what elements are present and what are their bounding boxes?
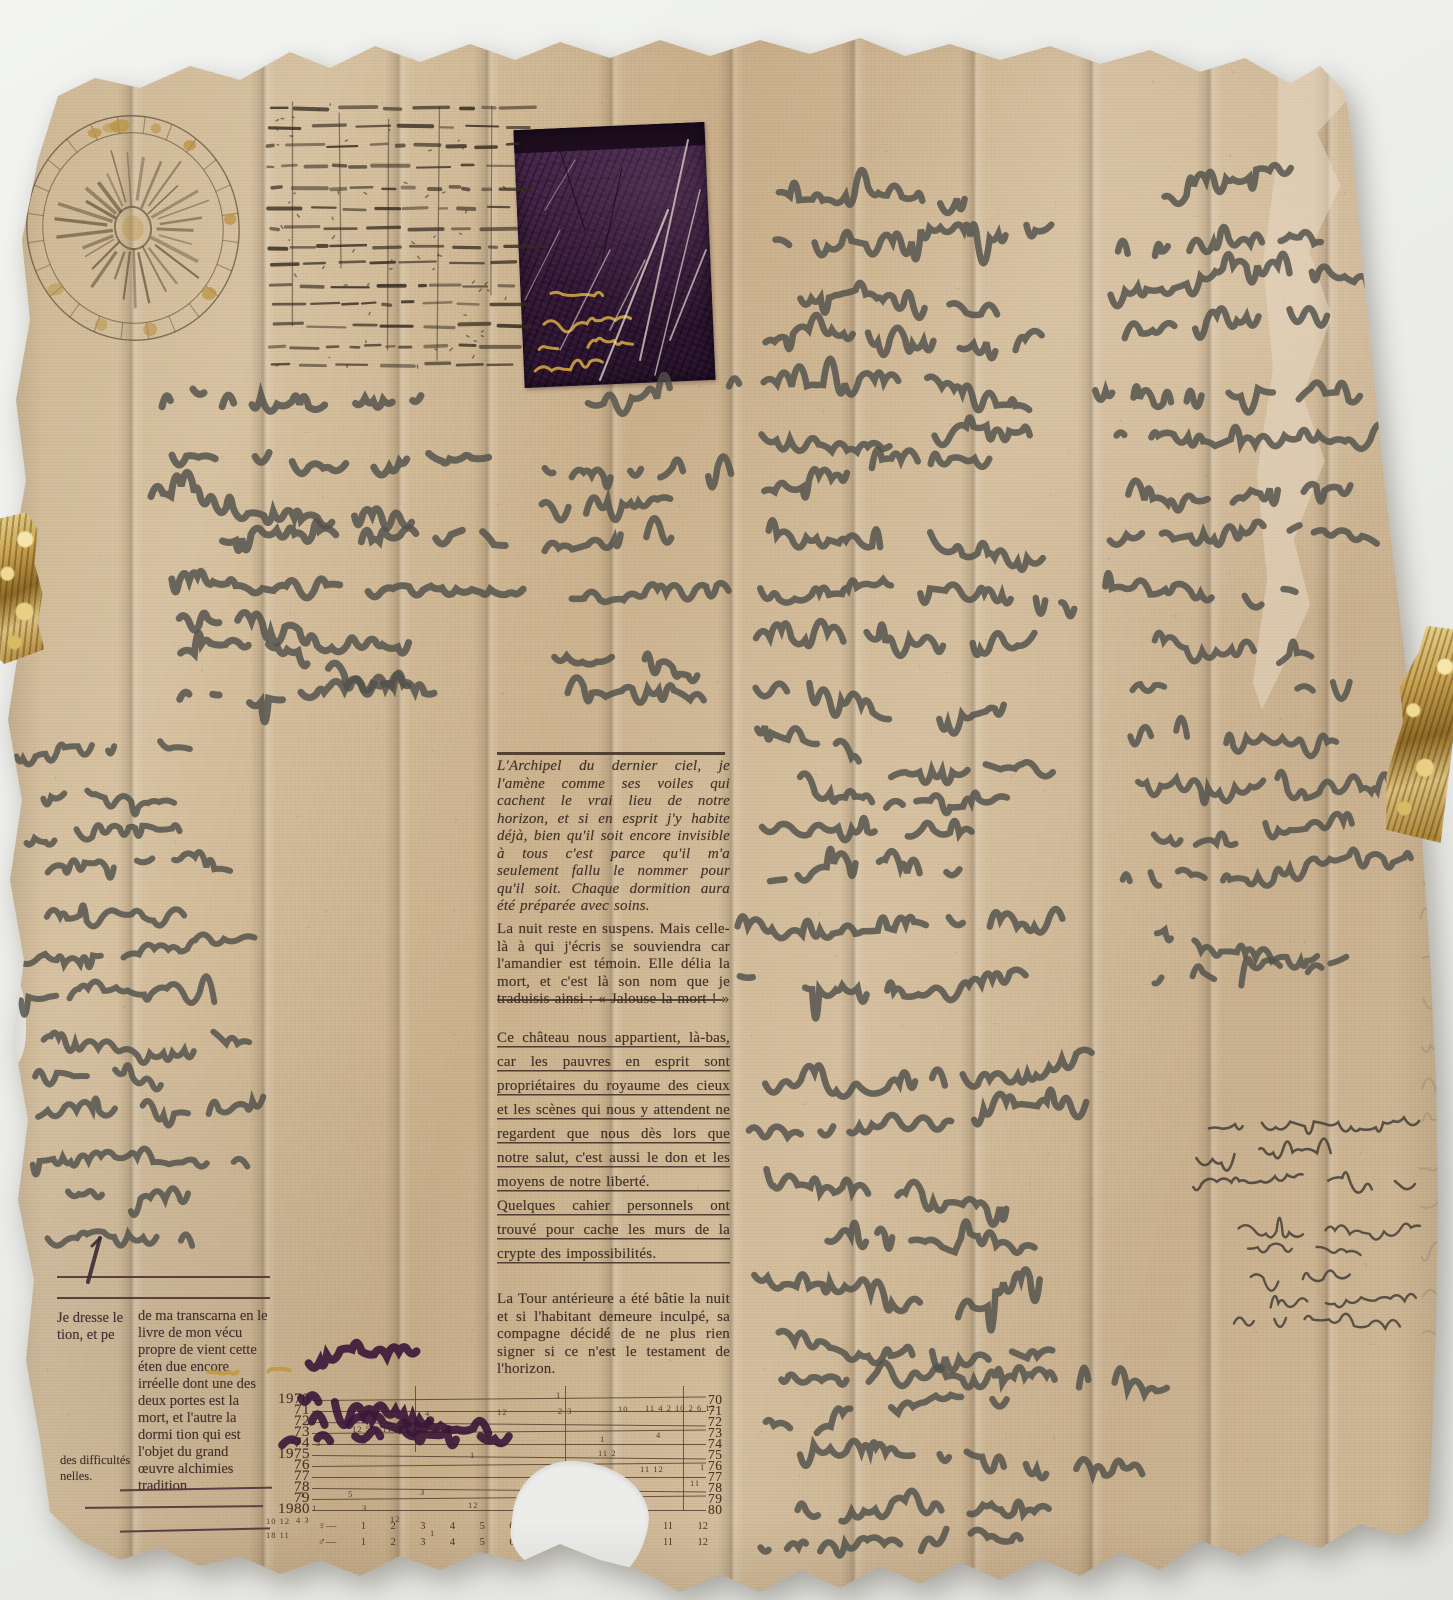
printed-calendar-grid — [412, 242, 415, 244]
printed-calendar-grid — [385, 109, 401, 110]
handwriting-mirrored — [33, 1149, 248, 1175]
legend-number: 2 — [391, 1537, 396, 1548]
fold-crease — [1078, 0, 1104, 1600]
scratch-mark — [92, 1238, 100, 1246]
printed-calendar-grid — [301, 286, 322, 287]
fold-crease — [385, 0, 411, 1600]
paper-speck — [502, 693, 503, 695]
corner-fragment-4: nelles. — [60, 1468, 136, 1485]
handwriting-margin-faint — [1421, 1203, 1437, 1208]
printed-calendar-grid — [482, 336, 484, 337]
printed-calendar-grid — [300, 365, 325, 366]
handwriting-mirrored — [729, 359, 1029, 410]
calendar-cell-mark: 18 11 — [266, 1530, 290, 1540]
handwriting-mirrored — [766, 315, 1042, 358]
handwriting-margin-faint — [1420, 159, 1448, 176]
handwriting-margin-faint — [1420, 1163, 1447, 1171]
calendar-cell-mark: 12 5 6 11 3 7 10 9 8 — [352, 1424, 440, 1434]
printed-calendar-grid — [353, 250, 354, 252]
printed-calendar-grid — [269, 128, 299, 129]
year-label-right: 80 — [708, 1502, 723, 1518]
handwriting-annotation — [1239, 1218, 1420, 1240]
legend-number: 11 — [663, 1537, 673, 1548]
printed-calendar-grid — [399, 126, 432, 127]
printed-calendar-grid — [342, 304, 357, 305]
torn-gap — [505, 1454, 655, 1592]
printed-calendar-grid — [505, 297, 506, 299]
year-grid-line — [312, 1477, 706, 1478]
paper-speck — [1280, 719, 1282, 720]
paper-speck — [221, 457, 223, 458]
handwriting-margin-faint — [1422, 218, 1450, 225]
purple-ink-scrawl — [309, 1343, 417, 1368]
printed-calendar-grid — [466, 211, 467, 213]
paper-speck — [296, 656, 298, 657]
paper-speck — [55, 777, 56, 779]
printed-calendar-grid — [287, 144, 324, 145]
printed-calendar-grid — [295, 274, 297, 277]
printed-calendar-grid — [404, 182, 407, 183]
printed-calendar-grid — [311, 303, 339, 304]
printed-calendar-grid — [458, 140, 459, 141]
printed-calendar-grid — [472, 281, 474, 283]
printed-calendar-grid — [433, 269, 434, 270]
paper-speck — [728, 482, 729, 483]
handwriting-annotation — [1234, 1314, 1400, 1329]
printed-calendar-grid — [414, 107, 448, 108]
paper-speck — [782, 743, 783, 744]
handwriting-mirrored — [1110, 522, 1377, 545]
handwriting-mirrored — [1123, 850, 1411, 886]
printed-calendar-grid — [439, 255, 442, 256]
printed-calendar-grid — [277, 364, 279, 366]
handwriting-mirrored — [761, 1529, 1021, 1555]
calendar-cell-mark: 10 12 — [266, 1516, 290, 1526]
handwriting-mirrored — [48, 852, 252, 878]
paper-speck — [377, 729, 378, 730]
paper-speck — [1091, 1199, 1093, 1200]
calendar-cell-mark: 1 — [290, 1436, 295, 1446]
handwriting-margin-faint — [1424, 587, 1449, 596]
handwriting-margin-faint — [1421, 121, 1452, 138]
printed-calendar-grid — [331, 189, 345, 190]
handwriting-mirrored — [766, 1395, 1007, 1433]
paper-speck — [325, 911, 327, 912]
printed-calendar-grid — [460, 345, 475, 346]
handwriting-mirrored — [572, 583, 729, 602]
handwriting-margin-faint — [1422, 1040, 1445, 1052]
paper-speck — [1039, 1514, 1040, 1515]
legend-number: 4 — [450, 1521, 455, 1532]
legend-number: 11 — [663, 1521, 673, 1532]
handwriting-mirrored — [48, 1231, 193, 1246]
printed-calendar-grid — [281, 226, 283, 229]
purple-ink-scrawl — [301, 1395, 430, 1425]
printed-calendar-grid — [450, 348, 453, 350]
paper-speck — [1196, 216, 1197, 217]
handwriting-margin-faint — [1424, 290, 1453, 300]
fold-crease — [960, 0, 986, 1600]
printed-rule — [497, 752, 725, 755]
corner-rule — [85, 1505, 263, 1509]
printed-calendar-grid — [307, 327, 345, 328]
printed-calendar-grid — [270, 346, 285, 347]
paper-speck — [986, 639, 987, 640]
legend-number: 1 — [361, 1521, 366, 1532]
handwriting-margin-faint — [1422, 422, 1450, 438]
paper-speck — [382, 102, 383, 103]
paper-speck — [919, 666, 920, 668]
calendar-cell-mark: 5 — [362, 1436, 367, 1446]
printed-calendar-grid — [304, 263, 325, 264]
printed-calendar-grid — [500, 107, 535, 108]
handwriting-mirrored — [798, 1491, 1049, 1522]
printed-calendar-grid — [415, 145, 439, 146]
calendar-cell-mark: 1 — [300, 1489, 305, 1499]
printed-calendar-grid — [338, 191, 339, 194]
zodiac-wheel-engraving — [12, 102, 253, 354]
handwriting-mirrored — [1117, 424, 1387, 448]
paper-speck — [498, 504, 500, 506]
handwriting-mirrored — [762, 418, 1030, 452]
paper-speck — [764, 1369, 765, 1370]
printed-calendar-grid — [425, 346, 446, 347]
paper-speck — [1168, 167, 1169, 168]
paper-speck — [124, 1006, 126, 1008]
paper-speck — [1375, 545, 1376, 546]
year-grid-line — [312, 1430, 706, 1435]
year-grid-line — [312, 1444, 706, 1445]
calendar-cell-mark: 11 — [690, 1478, 700, 1488]
printed-calendar-grid — [437, 107, 440, 360]
fold-crease — [1196, 0, 1222, 1600]
handwriting-mirrored — [781, 1363, 1198, 1395]
year-grid-line — [312, 1411, 706, 1412]
handwriting-mirrored — [800, 1441, 1174, 1478]
calendar-cell-mark: 5 — [348, 1489, 353, 1499]
handwriting-mirrored — [762, 818, 972, 840]
printed-calendar-grid — [374, 247, 400, 248]
paper-speck — [950, 424, 951, 425]
calendar-cell-mark: 1 — [700, 1462, 705, 1472]
calendar-cell-mark: 12 — [468, 1500, 479, 1510]
year-label-right: 75 — [708, 1447, 723, 1463]
printed-calendar-grid — [345, 140, 347, 141]
handwriting-mirrored — [770, 849, 959, 881]
printed-calendar-grid — [482, 331, 484, 332]
printed-calendar-grid — [319, 109, 320, 110]
calendar-cell-mark: 3 — [316, 1438, 321, 1448]
paper-speck — [1100, 1133, 1102, 1134]
printed-calendar-grid — [383, 304, 391, 305]
paper-speck — [999, 1294, 1000, 1295]
calendar-cell-mark: 12 — [390, 1514, 401, 1524]
handwriting-mirrored — [151, 472, 412, 528]
handwriting-mirrored — [542, 497, 670, 520]
printed-calendar-grid — [357, 126, 391, 127]
paper-speck — [804, 1103, 806, 1105]
printed-calendar-grid — [382, 366, 414, 367]
calendar-cell-mark: 4 — [425, 1408, 430, 1418]
corner-fragment-2: tion, et pe — [57, 1327, 133, 1344]
printed-calendar-grid — [454, 247, 480, 248]
printed-calendar-grid — [390, 269, 393, 270]
handwriting-mirrored — [800, 283, 997, 318]
handwriting-mirrored — [756, 683, 1004, 733]
printed-calendar-grid — [434, 236, 435, 237]
year-grid-divider — [683, 1386, 684, 1510]
printed-calendar-grid — [443, 192, 445, 193]
calendar-cell-mark: 11 2 — [598, 1448, 617, 1458]
printed-calendar-grid — [463, 189, 469, 190]
printed-calendar-grid — [334, 165, 346, 166]
legend-number: 3 — [420, 1521, 425, 1532]
paper-speck — [1054, 1437, 1056, 1439]
paper-speck — [1109, 559, 1110, 560]
handwriting-mirrored — [769, 520, 1043, 569]
calendar-cell-mark: 4 3 — [296, 1515, 310, 1525]
calendar-cell-mark: 11 4 2 10 2 6 12 — [645, 1403, 716, 1413]
paper-speck — [453, 909, 455, 911]
year-grid-divider — [415, 1386, 416, 1452]
handwriting-mirrored — [1111, 254, 1413, 306]
handwriting-mirrored — [27, 823, 203, 845]
handwriting-mirrored — [43, 791, 174, 815]
fold-crease — [1314, 0, 1340, 1600]
calendar-cell-mark: 1 — [470, 1450, 475, 1460]
handwriting-margin-faint — [1423, 496, 1453, 508]
legend-number: 2 — [391, 1521, 396, 1532]
printed-calendar-grid — [314, 125, 346, 126]
torn-paper-overlay-strip — [1253, 54, 1354, 711]
year-label-right: 78 — [708, 1480, 723, 1496]
manuscript-sheet-wrap: L'Archipel du dernier ciel, je l'amène c… — [0, 0, 1453, 1600]
handwriting-mirrored — [760, 580, 1074, 617]
year-label-right: 70 — [708, 1392, 723, 1408]
corner-rule — [120, 1527, 270, 1533]
paper-speck — [934, 1405, 935, 1407]
handwriting-margin-faint — [1421, 908, 1448, 935]
printed-calendar-grid — [293, 117, 294, 118]
paper-speck — [412, 517, 414, 518]
printed-calendar-grid — [365, 345, 380, 346]
printed-calendar-grid — [339, 113, 341, 268]
purple-leather-panel — [513, 122, 715, 388]
paper-speck — [1254, 1328, 1255, 1329]
printed-calendar-grid — [272, 187, 281, 188]
paper-speck — [601, 102, 603, 103]
paper-speck — [1055, 202, 1056, 203]
printed-calendar-grid — [458, 304, 479, 305]
paper-speck — [882, 1205, 883, 1207]
year-label-right: 72 — [708, 1414, 723, 1430]
printed-calendar-grid — [491, 106, 492, 295]
fold-crease — [840, 0, 866, 1600]
printed-calendar-grid — [369, 313, 370, 315]
handwriting-mirrored — [1157, 930, 1347, 968]
handwriting-mirrored — [765, 1050, 1091, 1097]
printed-calendar-grid — [503, 187, 505, 189]
handwriting-margin-faint — [1423, 1109, 1452, 1121]
printed-calendar-grid — [371, 144, 387, 145]
handwriting-mirrored — [180, 673, 434, 722]
printed-calendar-grid — [276, 120, 278, 121]
year-label-right: 73 — [708, 1425, 723, 1441]
printed-calendar-grid — [331, 245, 366, 246]
handwriting-margin-faint — [1423, 1290, 1448, 1309]
printed-calendar-grid — [340, 262, 365, 263]
paper-speck — [455, 819, 457, 821]
year-label-right: 71 — [708, 1403, 723, 1419]
calendar-cell-mark: 10 — [618, 1404, 629, 1414]
handwriting-mirrored — [767, 1169, 1007, 1224]
year-label-right: 79 — [708, 1491, 723, 1507]
printed-calendar-grid — [492, 262, 516, 263]
handwriting-mirrored — [756, 621, 1062, 656]
printed-calendar-grid — [277, 145, 278, 146]
printed-calendar-grid — [327, 146, 357, 147]
printed-calendar-grid — [274, 323, 302, 324]
corner-fragment-1: Je dresse le — [57, 1310, 133, 1327]
printed-calendar-grid — [409, 229, 442, 230]
handwriting-mirrored — [223, 522, 506, 551]
printed-calendar-grid — [291, 348, 318, 349]
handwriting-mirrored — [44, 1032, 280, 1063]
year-grid-line — [312, 1397, 706, 1402]
calendar-cell-mark: 1 — [312, 1503, 317, 1513]
printed-calendar-grid — [435, 349, 437, 350]
paper-speck — [822, 410, 824, 412]
handwriting-annotation — [1193, 1172, 1415, 1192]
printed-calendar-grid — [289, 202, 290, 203]
year-grid-line — [312, 1496, 706, 1501]
printed-calendar-grid — [277, 128, 278, 130]
paper-speck — [790, 1348, 791, 1350]
handwriting-mirrored — [24, 934, 254, 967]
handwriting-margin-faint — [1423, 1331, 1438, 1337]
paper-speck — [981, 1329, 982, 1330]
corner-rule — [57, 1276, 270, 1278]
calendar-cell-mark: 4 — [656, 1430, 661, 1440]
handwriting-margin-faint — [1422, 1078, 1451, 1109]
photo-of-folded-manuscript: { "printed": { "para1": "L'Archipel du d… — [0, 0, 1453, 1600]
handwriting-mirrored — [1133, 682, 1350, 699]
year-grid-line — [312, 1463, 706, 1468]
printed-paragraph-1: L'Archipel du dernier ciel, je l'amène c… — [497, 758, 730, 916]
year-label-left: 1980 — [258, 1501, 310, 1518]
printed-calendar-grid — [426, 195, 429, 197]
calendar-cell-mark: 3 — [420, 1487, 425, 1497]
paper-speck — [86, 321, 88, 322]
printed-calendar-grid — [368, 227, 400, 228]
printed-calendar-grid — [282, 165, 296, 166]
legend-number: 4 — [450, 1537, 455, 1548]
corner-main-text: de ma transcarna en le livre de mon vécu… — [138, 1308, 268, 1495]
printed-calendar-grid — [399, 262, 435, 263]
corner-fragment-3: des difficultés — [60, 1452, 136, 1469]
handwriting-mirrored — [764, 450, 1010, 498]
handwriting-mirrored — [47, 905, 184, 926]
paper-speck — [727, 453, 728, 455]
handwriting-mirrored — [1155, 959, 1347, 986]
purple-ink-scrawl — [282, 1429, 509, 1445]
gender-symbol: ♂— — [318, 1537, 336, 1548]
handwriting-annotation — [1209, 1117, 1419, 1133]
handwriting-mirrored — [545, 457, 731, 488]
printed-calendar-grid — [351, 187, 372, 188]
calendar-cell-mark: 1 — [430, 1528, 435, 1538]
paper-speck — [1229, 155, 1230, 157]
printed-calendar-grid — [479, 289, 481, 291]
printed-calendar-grid — [473, 355, 474, 358]
printed-calendar-grid — [418, 256, 420, 258]
printed-calendar-grid — [467, 336, 469, 337]
legend-number: 12 — [698, 1537, 709, 1548]
printed-calendar-grid — [323, 266, 324, 268]
handwriting-annotation — [1248, 1244, 1361, 1255]
printed-calendar-grid — [460, 324, 490, 325]
handwriting-mirrored — [1154, 814, 1380, 845]
purple-ink-scrawl — [312, 1414, 489, 1433]
handwriting-mirrored — [749, 1090, 1086, 1138]
torn-gap — [0, 972, 26, 1068]
printed-calendar-grid — [364, 193, 366, 195]
handwriting-annotation — [1271, 1294, 1416, 1307]
printed-calendar-grid — [332, 217, 333, 219]
legend-number: 5 — [480, 1521, 485, 1532]
printed-rule — [497, 999, 723, 1001]
year-grid-line — [312, 1422, 706, 1427]
handwriting-mirrored — [35, 1065, 185, 1093]
paper-speck — [985, 431, 986, 432]
paper-speck — [487, 1319, 488, 1320]
handwriting-margin-faint — [1423, 372, 1449, 389]
printed-calendar-grid — [474, 341, 476, 342]
gender-symbol: ♀— — [318, 1521, 336, 1532]
printed-calendar-grid — [426, 363, 450, 364]
calendar-cell-mark: 1 — [556, 1390, 561, 1400]
handwriting-mirrored — [172, 453, 489, 476]
paper-speck — [1153, 81, 1154, 82]
handwriting-margin-faint — [1423, 998, 1453, 1009]
printed-paragraph-2: La nuit reste en suspens. Mais celle-là … — [497, 921, 730, 1009]
handwriting-mirrored — [545, 518, 672, 551]
printed-calendar-grid — [368, 284, 369, 286]
printed-calendar-grid — [388, 119, 389, 349]
handwriting-mirrored — [1138, 772, 1405, 804]
printed-calendar-grid — [424, 302, 452, 303]
paper-speck — [1175, 615, 1176, 617]
manuscript-sheet: L'Archipel du dernier ciel, je l'amène c… — [0, 0, 1453, 1600]
handwriting-mirrored — [779, 1331, 1053, 1370]
printed-calendar-grid — [332, 236, 334, 239]
handwriting-mirrored — [738, 909, 1063, 938]
paper-speck — [1120, 420, 1121, 421]
handwriting-annotation — [1196, 1139, 1360, 1171]
handwriting-annotation — [1251, 1271, 1350, 1291]
paper-speck — [1256, 1331, 1258, 1332]
paper-speck — [836, 956, 838, 957]
printed-calendar-grid — [425, 327, 454, 328]
paper-speck — [297, 1454, 298, 1456]
handwriting-mirrored — [568, 677, 704, 702]
printed-calendar-grid — [371, 262, 395, 263]
printed-calendar-grid — [297, 215, 299, 218]
printed-calendar-grid — [268, 145, 273, 146]
printed-paragraph-5: La Tour antérieure a été bâtie la nuit e… — [497, 1291, 730, 1379]
paper-speck — [302, 1420, 304, 1422]
paper-speck — [1069, 453, 1070, 454]
